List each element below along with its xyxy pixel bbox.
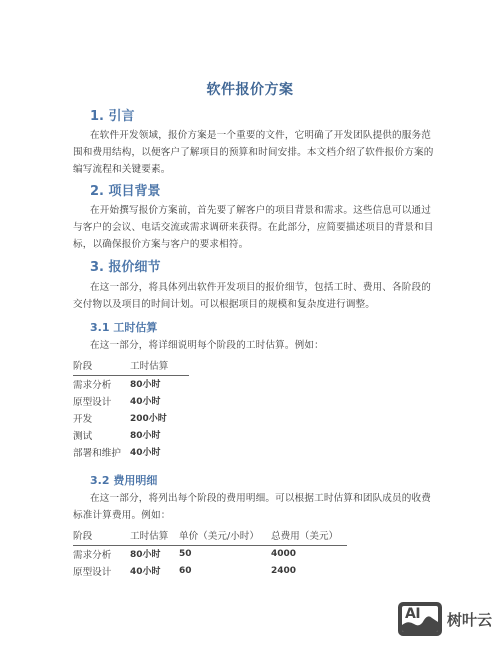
table-cell: 40小时 bbox=[130, 392, 189, 409]
watermark-brand: 树叶云 bbox=[447, 609, 492, 630]
table-row: 部署和维护 40小时 bbox=[73, 443, 189, 460]
section-paragraph-background: 在开始撰写报价方案前，首先要了解客户的项目背景和需求。这些信息可以通过与客户的会… bbox=[73, 202, 435, 253]
section-paragraph-intro: 在软件开发领域，报价方案是一个重要的文件，它明确了开发团队提供的服务范围和费用结… bbox=[73, 127, 435, 178]
column-header: 阶段 bbox=[73, 357, 130, 375]
subsection-paragraph-costs: 在这一部分，将列出每个阶段的费用明细。可以根据工时估算和团队成员的收费标准计算费… bbox=[73, 490, 435, 524]
logo-frame: AI bbox=[402, 606, 438, 632]
table-row: 需求分析 80小时 bbox=[73, 375, 189, 392]
table-cell: 2400 bbox=[271, 562, 347, 579]
column-header: 工时估算 bbox=[130, 357, 189, 375]
subsection-heading-hours: 3.1 工时估算 bbox=[90, 319, 157, 335]
table-cell: 80小时 bbox=[130, 545, 179, 562]
column-header: 总费用（美元） bbox=[271, 527, 347, 545]
watermark-logo-icon: AI bbox=[398, 602, 442, 636]
column-header: 工时估算 bbox=[130, 527, 179, 545]
costs-table: 阶段 工时估算 单价（美元/小时） 总费用（美元） 需求分析 80小时 50 4… bbox=[73, 527, 347, 579]
table-cell: 80小时 bbox=[130, 426, 189, 443]
table-cell: 80小时 bbox=[130, 375, 189, 392]
table-cell: 开发 bbox=[73, 409, 130, 426]
column-header: 阶段 bbox=[73, 527, 130, 545]
document-title: 软件报价方案 bbox=[0, 79, 500, 99]
table-cell: 测试 bbox=[73, 426, 130, 443]
table-cell: 40小时 bbox=[130, 562, 179, 579]
subsection-paragraph-hours: 在这一部分，将详细说明每个阶段的工时估算。例如： bbox=[73, 337, 435, 354]
table-cell: 40小时 bbox=[130, 443, 189, 460]
table-cell: 50 bbox=[179, 545, 271, 562]
table-header-row: 阶段 工时估算 bbox=[73, 357, 189, 375]
mountain-icon bbox=[402, 606, 438, 632]
subsection-heading-costs: 3.2 费用明细 bbox=[90, 472, 157, 488]
table-row: 需求分析 80小时 50 4000 bbox=[73, 545, 347, 562]
table-cell: 原型设计 bbox=[73, 562, 130, 579]
section-heading-details: 3. 报价细节 bbox=[90, 256, 161, 275]
table-cell: 4000 bbox=[271, 545, 347, 562]
table-cell: 原型设计 bbox=[73, 392, 130, 409]
table-cell: 需求分析 bbox=[73, 375, 130, 392]
table-row: 测试 80小时 bbox=[73, 426, 189, 443]
table-row: 原型设计 40小时 60 2400 bbox=[73, 562, 347, 579]
table-header-row: 阶段 工时估算 单价（美元/小时） 总费用（美元） bbox=[73, 527, 347, 545]
table-cell: 部署和维护 bbox=[73, 443, 130, 460]
table-cell: 200小时 bbox=[130, 409, 189, 426]
table-row: 开发 200小时 bbox=[73, 409, 189, 426]
section-heading-intro: 1. 引言 bbox=[90, 105, 135, 124]
column-header: 单价（美元/小时） bbox=[179, 527, 271, 545]
table-cell: 需求分析 bbox=[73, 545, 130, 562]
section-heading-background: 2. 项目背景 bbox=[90, 180, 161, 199]
section-paragraph-details: 在这一部分，将具体列出软件开发项目的报价细节，包括工时、费用、各阶段的交付物以及… bbox=[73, 279, 435, 313]
hours-table: 阶段 工时估算 需求分析 80小时 原型设计 40小时 开发 200小时 测试 … bbox=[73, 357, 189, 460]
table-row: 原型设计 40小时 bbox=[73, 392, 189, 409]
document-page: 软件报价方案 1. 引言 在软件开发领域，报价方案是一个重要的文件，它明确了开发… bbox=[0, 0, 500, 647]
table-cell: 60 bbox=[179, 562, 271, 579]
